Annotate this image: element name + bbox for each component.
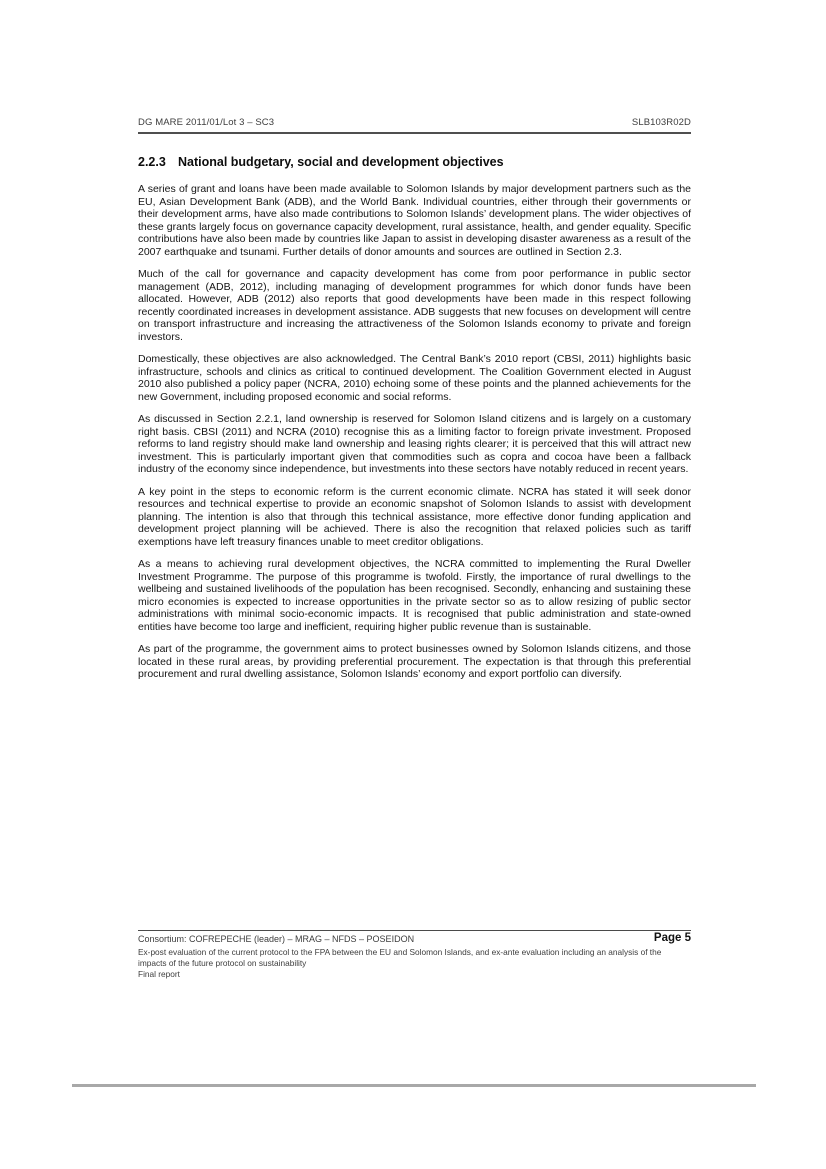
paragraph: As discussed in Section 2.2.1, land owne… <box>138 413 691 476</box>
footer-report-description: Ex-post evaluation of the current protoc… <box>138 947 691 968</box>
body-text: A series of grant and loans have been ma… <box>138 183 691 681</box>
paragraph: As part of the programme, the government… <box>138 643 691 681</box>
header-right-doc-code: SLB103R02D <box>632 117 691 128</box>
section-heading: 2.2.3 National budgetary, social and dev… <box>138 155 691 169</box>
page-header: DG MARE 2011/01/Lot 3 – SC3 SLB103R02D <box>138 117 691 134</box>
paragraph: Much of the call for governance and capa… <box>138 268 691 343</box>
paragraph: As a means to achieving rural developmen… <box>138 558 691 633</box>
page-footer: Consortium: COFREPECHE (leader) – MRAG –… <box>138 930 691 980</box>
paragraph: A key point in the steps to economic ref… <box>138 486 691 549</box>
paragraph: Domestically, these objectives are also … <box>138 353 691 403</box>
footer-consortium-text: Consortium: COFREPECHE (leader) – MRAG –… <box>138 934 414 944</box>
section-number: 2.2.3 <box>138 155 178 169</box>
footer-page-number: Page 5 <box>654 932 691 944</box>
paragraph: A series of grant and loans have been ma… <box>138 183 691 258</box>
section-title: National budgetary, social and developme… <box>178 155 504 169</box>
page-bottom-edge <box>72 1084 756 1087</box>
header-left-text: DG MARE 2011/01/Lot 3 – SC3 <box>138 117 274 128</box>
page-content: 2.2.3 National budgetary, social and dev… <box>138 155 691 691</box>
footer-report-version: Final report <box>138 969 691 980</box>
document-page: DG MARE 2011/01/Lot 3 – SC3 SLB103R02D 2… <box>0 0 826 1169</box>
footer-top-row: Consortium: COFREPECHE (leader) – MRAG –… <box>138 934 691 946</box>
